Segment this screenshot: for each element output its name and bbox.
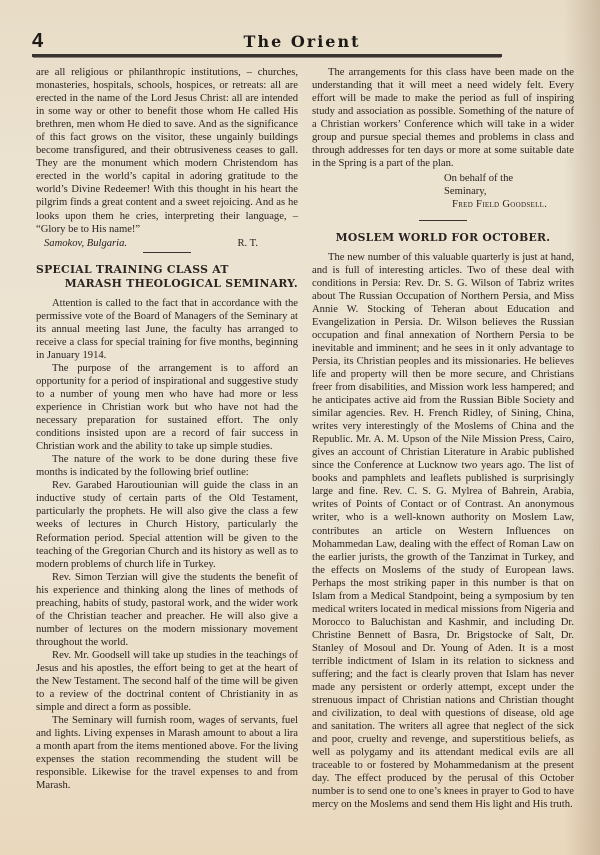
page-number: 4 xyxy=(32,30,43,53)
article-paragraph: The purpose of the arrangement is to aff… xyxy=(36,362,298,453)
section-divider xyxy=(419,220,467,221)
article-paragraph: Rev. Garabed Haroutiounian will guide th… xyxy=(36,479,298,570)
article-paragraph: The nature of the work to be done during… xyxy=(36,453,298,479)
signature-name: Fred Field Goodsell. xyxy=(312,198,550,211)
article-paragraph: Rev. Mr. Goodsell will take up studies i… xyxy=(36,649,298,714)
article-paragraph: Rev. Simon Terzian will give the student… xyxy=(36,571,298,649)
article-headline-training-class: SPECIAL TRAINING CLASS AT MARASH THEOLOG… xyxy=(36,263,298,291)
left-column: are all religious or philanthropic insti… xyxy=(36,66,298,792)
section-divider xyxy=(143,252,191,253)
dateline: Samokov, Bulgaria. xyxy=(44,237,127,250)
masthead-title: The Orient xyxy=(212,32,392,51)
right-column: The arrangements for this class have bee… xyxy=(312,66,574,812)
article-paragraph: The new number of this valuable quarterl… xyxy=(312,251,574,812)
newspaper-page: 4 The Orient are all religious or philan… xyxy=(0,0,600,855)
headline-line-1: SPECIAL TRAINING CLASS AT xyxy=(36,263,298,277)
continued-paragraph: are all religious or philanthropic insti… xyxy=(36,66,298,236)
continued-paragraph: The arrangements for this class have bee… xyxy=(312,66,574,170)
header-rule xyxy=(32,54,502,57)
article-paragraph: The Seminary will furnish room, wages of… xyxy=(36,714,298,792)
article-signoff: Samokov, Bulgaria. R. T. xyxy=(36,237,298,250)
article-paragraph: Attention is called to the fact that in … xyxy=(36,297,298,362)
page-header: 4 The Orient xyxy=(32,30,502,52)
signature-line: On behalf of the Seminary, xyxy=(312,172,550,198)
author-initials: R. T. xyxy=(237,237,298,250)
signature-block: On behalf of the Seminary, Fred Field Go… xyxy=(312,172,574,211)
headline-line-2: MARASH THEOLOGICAL SEMINARY. xyxy=(36,277,298,291)
article-headline-moslem-world: MOSLEM WORLD FOR OCTOBER. xyxy=(312,231,574,245)
